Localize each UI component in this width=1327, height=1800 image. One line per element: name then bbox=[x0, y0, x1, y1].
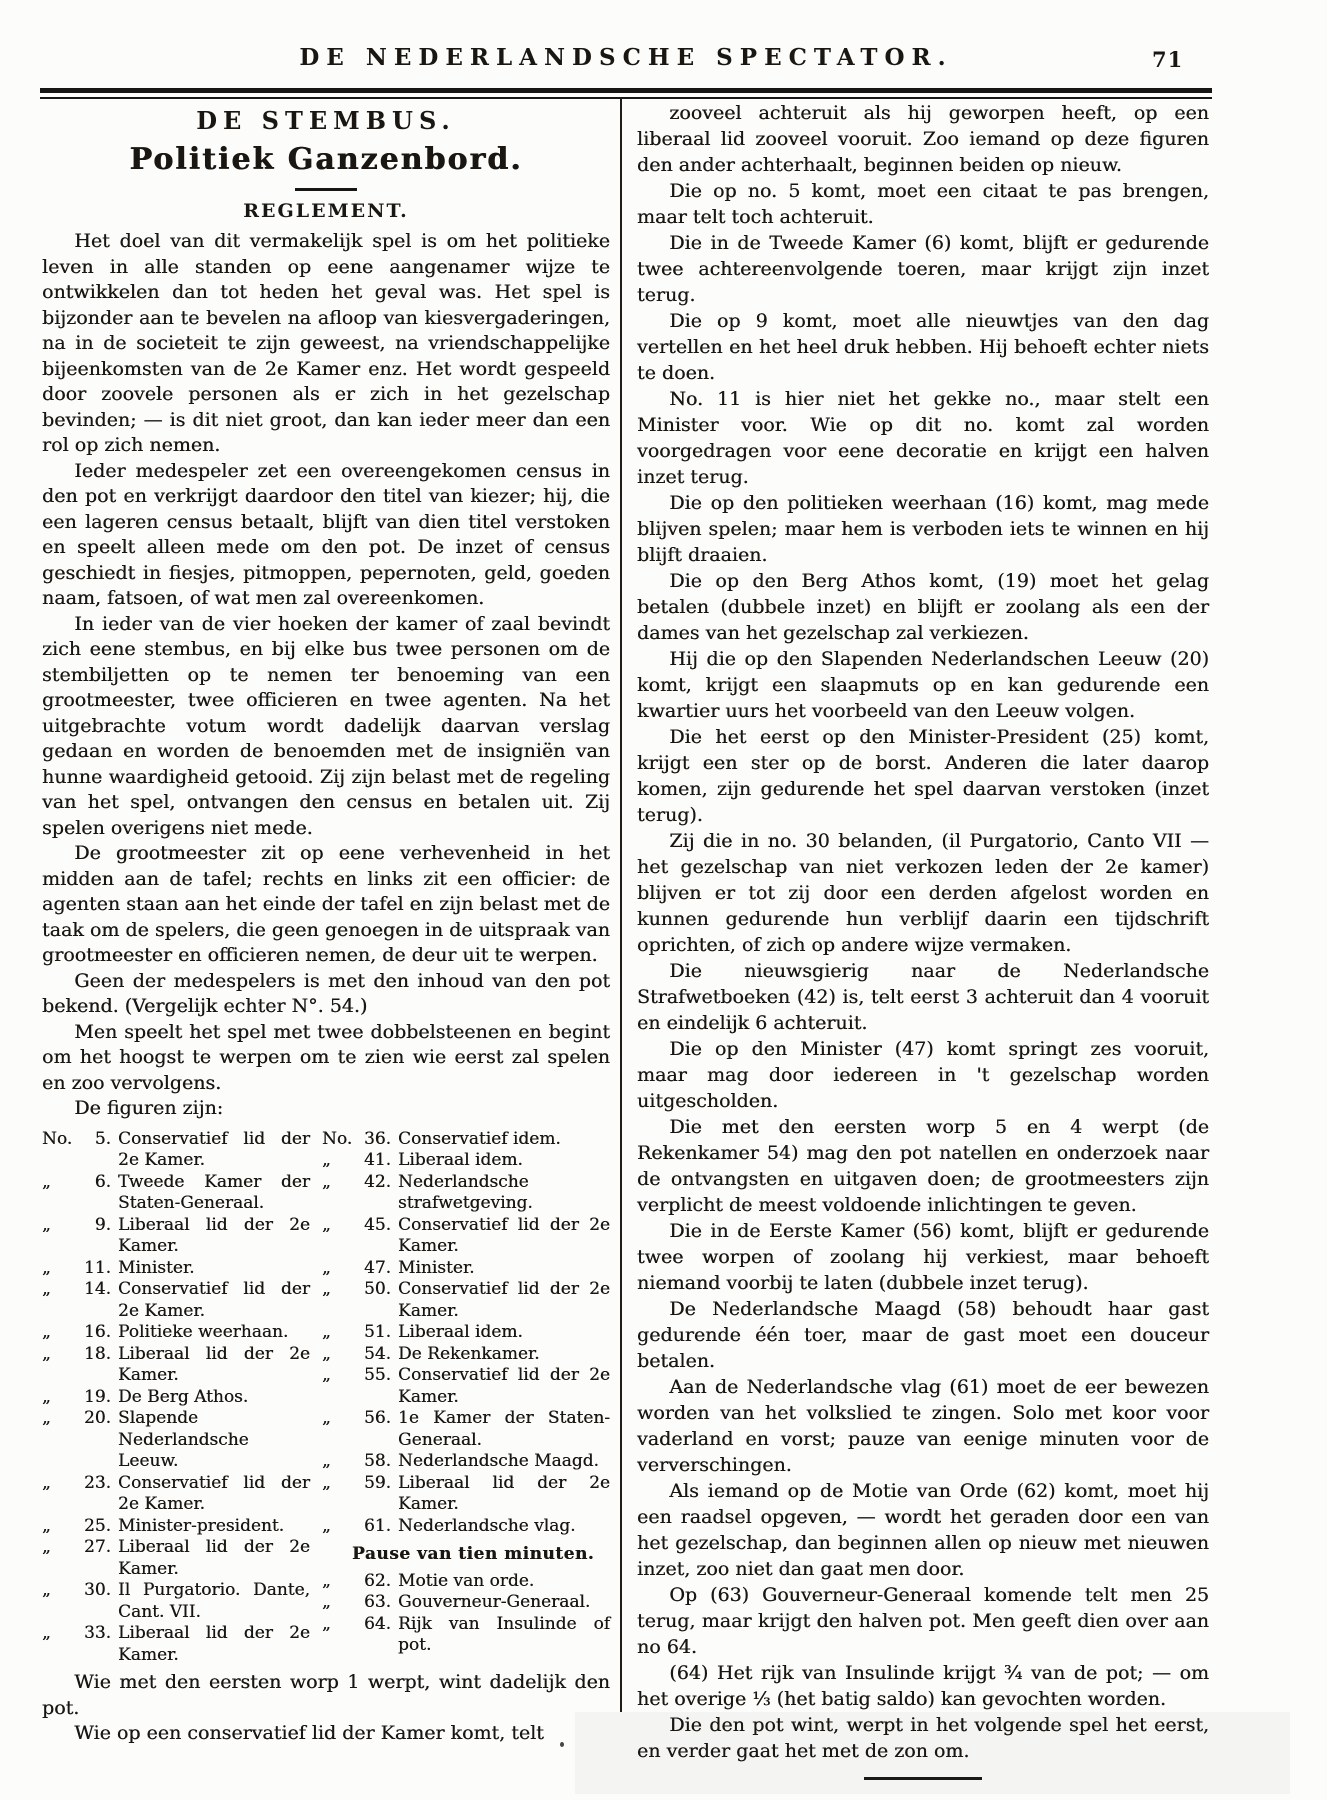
figure-item: „ 20. Slapende Nederlandsche Leeuw. bbox=[42, 1408, 310, 1473]
figure-label: Nederlandsche Maagd. bbox=[398, 1451, 610, 1473]
figure-number-prefix: „ bbox=[42, 1172, 70, 1215]
paragraph: Men speelt het spel met twee dobbelsteen… bbox=[42, 1020, 610, 1097]
figure-number: 51. bbox=[357, 1322, 391, 1344]
column-divider-rule bbox=[620, 99, 622, 1745]
figure-label: De Rekenkamer. bbox=[398, 1344, 610, 1366]
figure-number-prefix: „ bbox=[322, 1614, 350, 1657]
figure-number: 18. bbox=[77, 1344, 111, 1387]
figure-number-prefix: „ bbox=[42, 1580, 70, 1623]
figure-label: Liberaal idem. bbox=[398, 1150, 610, 1172]
figure-number: 47. bbox=[357, 1258, 391, 1280]
figure-number-prefix: „ bbox=[42, 1473, 70, 1516]
figure-number-prefix: „ bbox=[42, 1408, 70, 1473]
section-heading: REGLEMENT. bbox=[42, 200, 610, 222]
figure-item: „ 11. Minister. bbox=[42, 1258, 310, 1280]
masthead-title: DE NEDERLANDSCHE SPECTATOR. bbox=[42, 44, 1210, 71]
figure-item: „ 27. Liberaal lid der 2e Kamer. bbox=[42, 1537, 310, 1580]
paragraph: De figuren zijn: bbox=[42, 1096, 610, 1122]
scanned-newspaper-page: { "page": { "masthead": "DE NEDERLANDSCH… bbox=[0, 0, 1327, 1800]
figure-number: 58. bbox=[357, 1451, 391, 1473]
figure-number: 6. bbox=[77, 1172, 111, 1215]
left-column-paragraphs: Het doel van dit vermakelijk spel is om … bbox=[42, 229, 610, 1122]
figure-item: „ 25. Minister-president. bbox=[42, 1516, 310, 1538]
paragraph: Hij die op den Slapenden Nederlandschen … bbox=[637, 646, 1209, 724]
figure-label: Minister. bbox=[118, 1258, 310, 1280]
figure-label: Motie van orde. bbox=[398, 1571, 610, 1593]
paragraph: zooveel achteruit als hij geworpen heeft… bbox=[637, 100, 1209, 178]
right-column: zooveel achteruit als hij geworpen heeft… bbox=[637, 100, 1209, 1780]
figure-item: „ 30. Il Purgatorio. Dante, Cant. VII. bbox=[42, 1580, 310, 1623]
figure-item: „ 9. Liberaal lid der 2e Kamer. bbox=[42, 1215, 310, 1258]
pause-note: Pause van tien minuten. bbox=[352, 1544, 610, 1566]
figure-number-prefix: „ bbox=[322, 1365, 350, 1408]
figure-label: Liberaal idem. bbox=[398, 1322, 610, 1344]
figure-item: „ 64. Rijk van Insulinde of pot. bbox=[322, 1614, 610, 1657]
paragraph: Als iemand op de Motie van Orde (62) kom… bbox=[637, 1478, 1209, 1582]
figures-list: No. 5. Conservatief lid der 2e Kamer. „ … bbox=[42, 1129, 610, 1667]
figure-label: 1e Kamer der Staten-Generaal. bbox=[398, 1408, 610, 1451]
figure-number-prefix: „ bbox=[322, 1408, 350, 1451]
paragraph: Geen der medespelers is met den inhoud v… bbox=[42, 969, 610, 1020]
figure-item: „ 59. Liberaal lid der 2e Kamer. bbox=[322, 1473, 610, 1516]
paragraph: Wie met den eersten worp 1 werpt, wint d… bbox=[42, 1670, 610, 1721]
figure-label: Conservatief lid der 2e Kamer. bbox=[398, 1365, 610, 1408]
figure-number-prefix: „ bbox=[322, 1279, 350, 1322]
paragraph: Die op den Minister (47) komt springt ze… bbox=[637, 1036, 1209, 1114]
paragraph: Wie op een conservatief lid der Kamer ko… bbox=[42, 1721, 610, 1747]
left-column-closing-paragraphs: Wie met den eersten worp 1 werpt, wint d… bbox=[42, 1670, 610, 1747]
figures-list-left-column: No. 5. Conservatief lid der 2e Kamer. „ … bbox=[42, 1129, 310, 1667]
figure-number: 56. bbox=[357, 1408, 391, 1451]
article-title: DE STEMBUS. bbox=[42, 106, 610, 135]
figure-number: 20. bbox=[77, 1408, 111, 1473]
figure-label: Conservatief lid der 2e Kamer. bbox=[398, 1279, 610, 1322]
figure-item: „ 54. De Rekenkamer. bbox=[322, 1344, 610, 1366]
figure-item: „ 61. Nederlandsche vlag. bbox=[322, 1516, 610, 1538]
figure-label: Conservatief lid der 2e Kamer. bbox=[398, 1215, 610, 1258]
figure-number: 19. bbox=[77, 1387, 111, 1409]
figure-number-prefix: „ bbox=[42, 1537, 70, 1580]
figure-number-prefix: „ bbox=[322, 1150, 350, 1172]
figure-number: 55. bbox=[357, 1365, 391, 1408]
figure-number: 59. bbox=[357, 1473, 391, 1516]
figure-item: „ 56. 1e Kamer der Staten-Generaal. bbox=[322, 1408, 610, 1451]
figure-label: Liberaal lid der 2e Kamer. bbox=[118, 1215, 310, 1258]
left-column: DE STEMBUS. Politiek Ganzenbord. REGLEME… bbox=[42, 104, 610, 1747]
figure-number-prefix: „ bbox=[42, 1279, 70, 1322]
paragraph: (64) Het rijk van Insulinde krijgt ¾ van… bbox=[637, 1660, 1209, 1712]
figure-number: 30. bbox=[77, 1580, 111, 1623]
figure-item: „ 23. Conservatief lid der 2e Kamer. bbox=[42, 1473, 310, 1516]
paragraph: Die het eerst op den Minister-President … bbox=[637, 724, 1209, 828]
figure-number-prefix: „ bbox=[42, 1215, 70, 1258]
figure-label: Rijk van Insulinde of pot. bbox=[398, 1614, 610, 1657]
figure-number: 16. bbox=[77, 1322, 111, 1344]
figure-number: 5. bbox=[77, 1129, 111, 1172]
figure-label: Politieke weerhaan. bbox=[118, 1322, 310, 1344]
figure-number-prefix: „ bbox=[42, 1516, 70, 1538]
figure-item: „ 55. Conservatief lid der 2e Kamer. bbox=[322, 1365, 610, 1408]
right-column-paragraphs: zooveel achteruit als hij geworpen heeft… bbox=[637, 100, 1209, 1764]
figure-item: „ 42. Nederlandsche strafwetgeving. bbox=[322, 1172, 610, 1215]
paragraph: No. 11 is hier niet het gekke no., maar … bbox=[637, 386, 1209, 490]
figure-number: 64. bbox=[357, 1614, 391, 1657]
figure-item: „ 18. Liberaal lid der 2e Kamer. bbox=[42, 1344, 310, 1387]
figure-label: Slapende Nederlandsche Leeuw. bbox=[118, 1408, 310, 1473]
figure-number-prefix: „ bbox=[322, 1258, 350, 1280]
figure-item: „ 41. Liberaal idem. bbox=[322, 1150, 610, 1172]
figure-label: De Berg Athos. bbox=[118, 1387, 310, 1409]
figure-item: „ 45. Conservatief lid der 2e Kamer. bbox=[322, 1215, 610, 1258]
figures-before-pause: No. 36. Conservatief idem. „ 41. Liberaa… bbox=[322, 1129, 610, 1538]
figure-label: Conservatief idem. bbox=[398, 1129, 610, 1151]
figure-number-prefix: „ bbox=[322, 1322, 350, 1344]
paragraph: Aan de Nederlandsche vlag (61) moet de e… bbox=[637, 1374, 1209, 1478]
figure-number: 9. bbox=[77, 1215, 111, 1258]
figure-number: 23. bbox=[77, 1473, 111, 1516]
figure-item: „ 16. Politieke weerhaan. bbox=[42, 1322, 310, 1344]
figure-label: Nederlandsche strafwetgeving. bbox=[398, 1172, 610, 1215]
figure-number-prefix: „ bbox=[322, 1592, 350, 1614]
paragraph: De grootmeester zit op eene verhevenheid… bbox=[42, 841, 610, 969]
figure-number: 27. bbox=[77, 1537, 111, 1580]
figure-label: Tweede Kamer der Staten-Generaal. bbox=[118, 1172, 310, 1215]
figure-label: Liberaal lid der 2e Kamer. bbox=[398, 1473, 610, 1516]
paragraph: Die nieuwsgierig naar de Nederlandsche S… bbox=[637, 958, 1209, 1036]
figure-item: „ 63. Gouverneur-Generaal. bbox=[322, 1592, 610, 1614]
figure-number-prefix: No. bbox=[42, 1129, 70, 1172]
paragraph: In ieder van de vier hoeken der kamer of… bbox=[42, 612, 610, 842]
paragraph: Die met den eersten worp 5 en 4 werpt (d… bbox=[637, 1114, 1209, 1218]
paragraph: Zij die in no. 30 belanden, (il Purgator… bbox=[637, 828, 1209, 958]
figure-item: „ 33. Liberaal lid der 2e Kamer. bbox=[42, 1623, 310, 1666]
figure-item: No. 5. Conservatief lid der 2e Kamer. bbox=[42, 1129, 310, 1172]
figure-label: Liberaal lid der 2e Kamer. bbox=[118, 1623, 310, 1666]
figure-label: Conservatief lid der 2e Kamer. bbox=[118, 1473, 310, 1516]
paragraph: Ieder medespeler zet een overeengekomen … bbox=[42, 459, 610, 612]
figure-number: 33. bbox=[77, 1623, 111, 1666]
paragraph: Op (63) Gouverneur-Generaal komende telt… bbox=[637, 1582, 1209, 1660]
figure-number-prefix: „ bbox=[42, 1258, 70, 1280]
figure-item: „ 50. Conservatief lid der 2e Kamer. bbox=[322, 1279, 610, 1322]
figure-number: 63. bbox=[357, 1592, 391, 1614]
figure-number-prefix: „ bbox=[322, 1571, 350, 1593]
figures-list-right-column: No. 36. Conservatief idem. „ 41. Liberaa… bbox=[322, 1129, 610, 1667]
figure-number-prefix: „ bbox=[322, 1451, 350, 1473]
figure-number: 50. bbox=[357, 1279, 391, 1322]
figure-number: 61. bbox=[357, 1516, 391, 1538]
figure-label: Liberaal lid der 2e Kamer. bbox=[118, 1537, 310, 1580]
figure-label: Minister-president. bbox=[118, 1516, 310, 1538]
figure-number-prefix: „ bbox=[42, 1344, 70, 1387]
figure-number: 25. bbox=[77, 1516, 111, 1538]
figure-label: Conservatief lid der 2e Kamer. bbox=[118, 1279, 310, 1322]
figure-item: „ 14. Conservatief lid der 2e Kamer. bbox=[42, 1279, 310, 1322]
figure-label: Gouverneur-Generaal. bbox=[398, 1592, 610, 1614]
figure-item: No. 36. Conservatief idem. bbox=[322, 1129, 610, 1151]
figure-number-prefix: „ bbox=[322, 1172, 350, 1215]
paragraph: Die op den politieken weerhaan (16) komt… bbox=[637, 490, 1209, 568]
paragraph: De Nederlandsche Maagd (58) behoudt haar… bbox=[637, 1296, 1209, 1374]
figure-number-prefix: „ bbox=[42, 1623, 70, 1666]
figures-after-pause: „ 62. Motie van orde. „ 63. Gouverneur-G… bbox=[322, 1571, 610, 1657]
figure-item: „ 51. Liberaal idem. bbox=[322, 1322, 610, 1344]
figure-number: 41. bbox=[357, 1150, 391, 1172]
figure-number: 14. bbox=[77, 1279, 111, 1322]
figure-item: „ 19. De Berg Athos. bbox=[42, 1387, 310, 1409]
figure-number-prefix: „ bbox=[322, 1215, 350, 1258]
figure-number-prefix: „ bbox=[322, 1516, 350, 1538]
figure-item: „ 62. Motie van orde. bbox=[322, 1571, 610, 1593]
page-number: 71 bbox=[1152, 47, 1183, 72]
paragraph: Die op 9 komt, moet alle nieuwtjes van d… bbox=[637, 308, 1209, 386]
figure-number-prefix: „ bbox=[42, 1387, 70, 1409]
figure-number: 36. bbox=[357, 1129, 391, 1151]
figure-label: Liberaal lid der 2e Kamer. bbox=[118, 1344, 310, 1387]
paragraph: Die in de Eerste Kamer (56) komt, blijft… bbox=[637, 1218, 1209, 1296]
title-separator-rule bbox=[295, 188, 357, 191]
paragraph: Die den pot wint, werpt in het volgende … bbox=[637, 1712, 1209, 1764]
figure-number-prefix: No. bbox=[322, 1129, 350, 1151]
figure-label: Nederlandsche vlag. bbox=[398, 1516, 610, 1538]
paragraph: Die op no. 5 komt, moet een citaat te pa… bbox=[637, 178, 1209, 230]
paragraph: Die op den Berg Athos komt, (19) moet he… bbox=[637, 568, 1209, 646]
figure-label: Il Purgatorio. Dante, Cant. VII. bbox=[118, 1580, 310, 1623]
figure-number-prefix: „ bbox=[322, 1344, 350, 1366]
figure-label: Minister. bbox=[398, 1258, 610, 1280]
figure-number: 62. bbox=[357, 1571, 391, 1593]
article-end-rule bbox=[864, 1777, 982, 1780]
header-double-rule bbox=[40, 88, 1212, 99]
figure-number: 42. bbox=[357, 1172, 391, 1215]
figure-label: Conservatief lid der 2e Kamer. bbox=[118, 1129, 310, 1172]
figure-item: „ 58. Nederlandsche Maagd. bbox=[322, 1451, 610, 1473]
figure-number-prefix: „ bbox=[322, 1473, 350, 1516]
figure-item: „ 6. Tweede Kamer der Staten-Generaal. bbox=[42, 1172, 310, 1215]
figure-item: „ 47. Minister. bbox=[322, 1258, 610, 1280]
paragraph: Het doel van dit vermakelijk spel is om … bbox=[42, 229, 610, 459]
article-subtitle: Politiek Ganzenbord. bbox=[42, 142, 610, 177]
figure-number-prefix: „ bbox=[42, 1322, 70, 1344]
page: DE NEDERLANDSCHE SPECTATOR. 71 DE STEMBU… bbox=[0, 0, 1327, 1800]
figure-number: 45. bbox=[357, 1215, 391, 1258]
figure-number: 11. bbox=[77, 1258, 111, 1280]
paragraph: Die in de Tweede Kamer (6) komt, blijft … bbox=[637, 230, 1209, 308]
figure-number: 54. bbox=[357, 1344, 391, 1366]
